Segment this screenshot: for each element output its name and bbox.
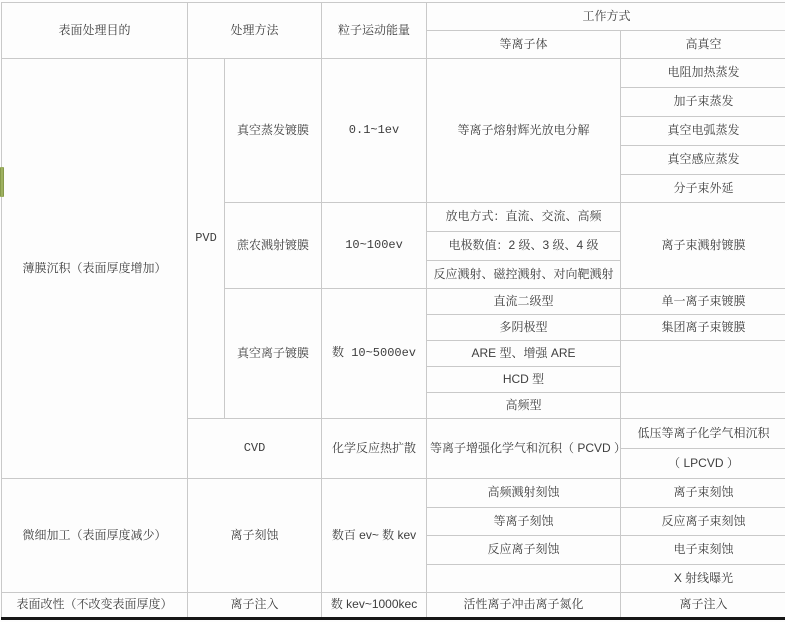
cell-ion-plating-method: 真空离子镀膜 [225,289,322,419]
cell-plasma-ion-nitriding: 活性离子冲击离子氮化 [427,593,621,619]
green-edge-marker [0,167,4,197]
cell-hv-resistance-evap: 电阻加热蒸发 [621,59,785,88]
cell-plasma-hf-type: 高频型 [427,393,621,419]
cell-vacuum-evap-plasma: 等离子熔射辉光放电分解 [427,59,621,203]
header-row-1: 表面处理目的 处理方法 粒子运动能量 工作方式 [2,3,785,31]
cell-hv-ion-beam-sputter: 离子束溅射镀膜 [621,203,785,289]
cell-hv-lpcvd-abbr: （ LPCVD ） [621,449,785,479]
cell-hv-ion-beam-etch: 离子束刻蚀 [621,479,785,508]
cell-thin-film-purpose: 薄膜沉积（表面厚度增加） [2,59,188,479]
header-work-mode: 工作方式 [427,3,785,31]
table-row: 表面改性（不改变表面厚度） 离子注入 数 kev~1000kec 活性离子冲击离… [2,593,785,619]
cell-ion-implant-method: 离子注入 [188,593,322,619]
cell-hv-cluster-ion-beam: 集团离子束镀膜 [621,315,785,341]
cell-plasma-hf-sputter-etch: 高频溅射刻蚀 [427,479,621,508]
surface-treatment-table: 表面处理目的 处理方法 粒子运动能量 工作方式 等离子体 高真空 薄膜沉积（表面… [1,2,785,620]
cell-cvd-energy: 化学反应热扩散 [322,419,427,479]
cell-hv-lpcvd-name: 低压等离子化学气相沉积 [621,419,785,449]
empty-cell [621,393,785,419]
cell-hv-reactive-ion-beam-etch: 反应离子束刻蚀 [621,508,785,536]
cell-hv-molecular-beam: 分子束外延 [621,175,785,203]
table-row: 微细加工（表面厚度减少） 离子刻蚀 数百 ev~ 数 kev 高频溅射刻蚀 离子… [2,479,785,508]
cell-surface-mod-purpose: 表面改性（不改变表面厚度） [2,593,188,619]
document-page: 表面处理目的 处理方法 粒子运动能量 工作方式 等离子体 高真空 薄膜沉积（表面… [0,0,785,622]
cell-ion-etching-method: 离子刻蚀 [188,479,322,593]
header-purpose: 表面处理目的 [2,3,188,59]
header-energy: 粒子运动能量 [322,3,427,59]
table-row: 薄膜沉积（表面厚度增加） PVD 真空蒸发镀膜 0.1~1ev 等离子熔射辉光放… [2,59,785,88]
cell-sputter-energy: 10~100ev [322,203,427,289]
cell-ion-plating-energy: 数 10~5000ev [322,289,427,419]
cell-sputter-plasma-electrodes: 电极数值：2 级、3 级、4 级 [427,232,621,261]
cell-hv-arc-evap: 真空电弧蒸发 [621,117,785,146]
cell-sputter-plasma-discharge: 放电方式：直流、交流、高频 [427,203,621,232]
cell-micro-machining-purpose: 微细加工（表面厚度减少） [2,479,188,593]
cell-vacuum-evap-energy: 0.1~1ev [322,59,427,203]
cell-hv-electron-beam-etch: 电子束刻蚀 [621,536,785,565]
cell-hv-electron-beam-evap: 加子束蒸发 [621,88,785,117]
cell-hv-induction-evap: 真空感应蒸发 [621,146,785,175]
header-method: 处理方法 [188,3,322,59]
cell-hv-xray-exposure: X 射线曝光 [621,565,785,593]
cell-plasma-plasma-etch: 等离子刻蚀 [427,508,621,536]
cell-vacuum-evap-method: 真空蒸发镀膜 [225,59,322,203]
cell-hv-single-ion-beam: 单一离子束镀膜 [621,289,785,315]
cell-plasma-are-type: ARE 型、增强 ARE [427,341,621,367]
cell-ion-etching-energy: 数百 ev~ 数 kev [322,479,427,593]
cell-hv-ion-implant: 离子注入 [621,593,785,619]
cell-ion-implant-energy: 数 kev~1000kec [322,593,427,619]
cell-sputter-plasma-types: 反应溅射、磁控溅射、对向靶溅射 [427,261,621,289]
cell-sputter-method: 蔗农溅射镀膜 [225,203,322,289]
header-plasma: 等离子体 [427,31,621,59]
cell-cvd-plasma-pcvd: 等离子增强化学气和沉积（ PCVD ） [427,419,621,479]
cell-pvd-label: PVD [188,59,225,419]
cell-plasma-multi-cathode: 多阴极型 [427,315,621,341]
cell-plasma-hcd-type: HCD 型 [427,367,621,393]
empty-cell [427,565,621,593]
cell-plasma-reactive-ion-etch: 反应离子刻蚀 [427,536,621,565]
cell-plasma-dc-two-stage: 直流二级型 [427,289,621,315]
header-high-vacuum: 高真空 [621,31,785,59]
empty-cell [621,341,785,393]
cell-cvd-label: CVD [188,419,322,479]
